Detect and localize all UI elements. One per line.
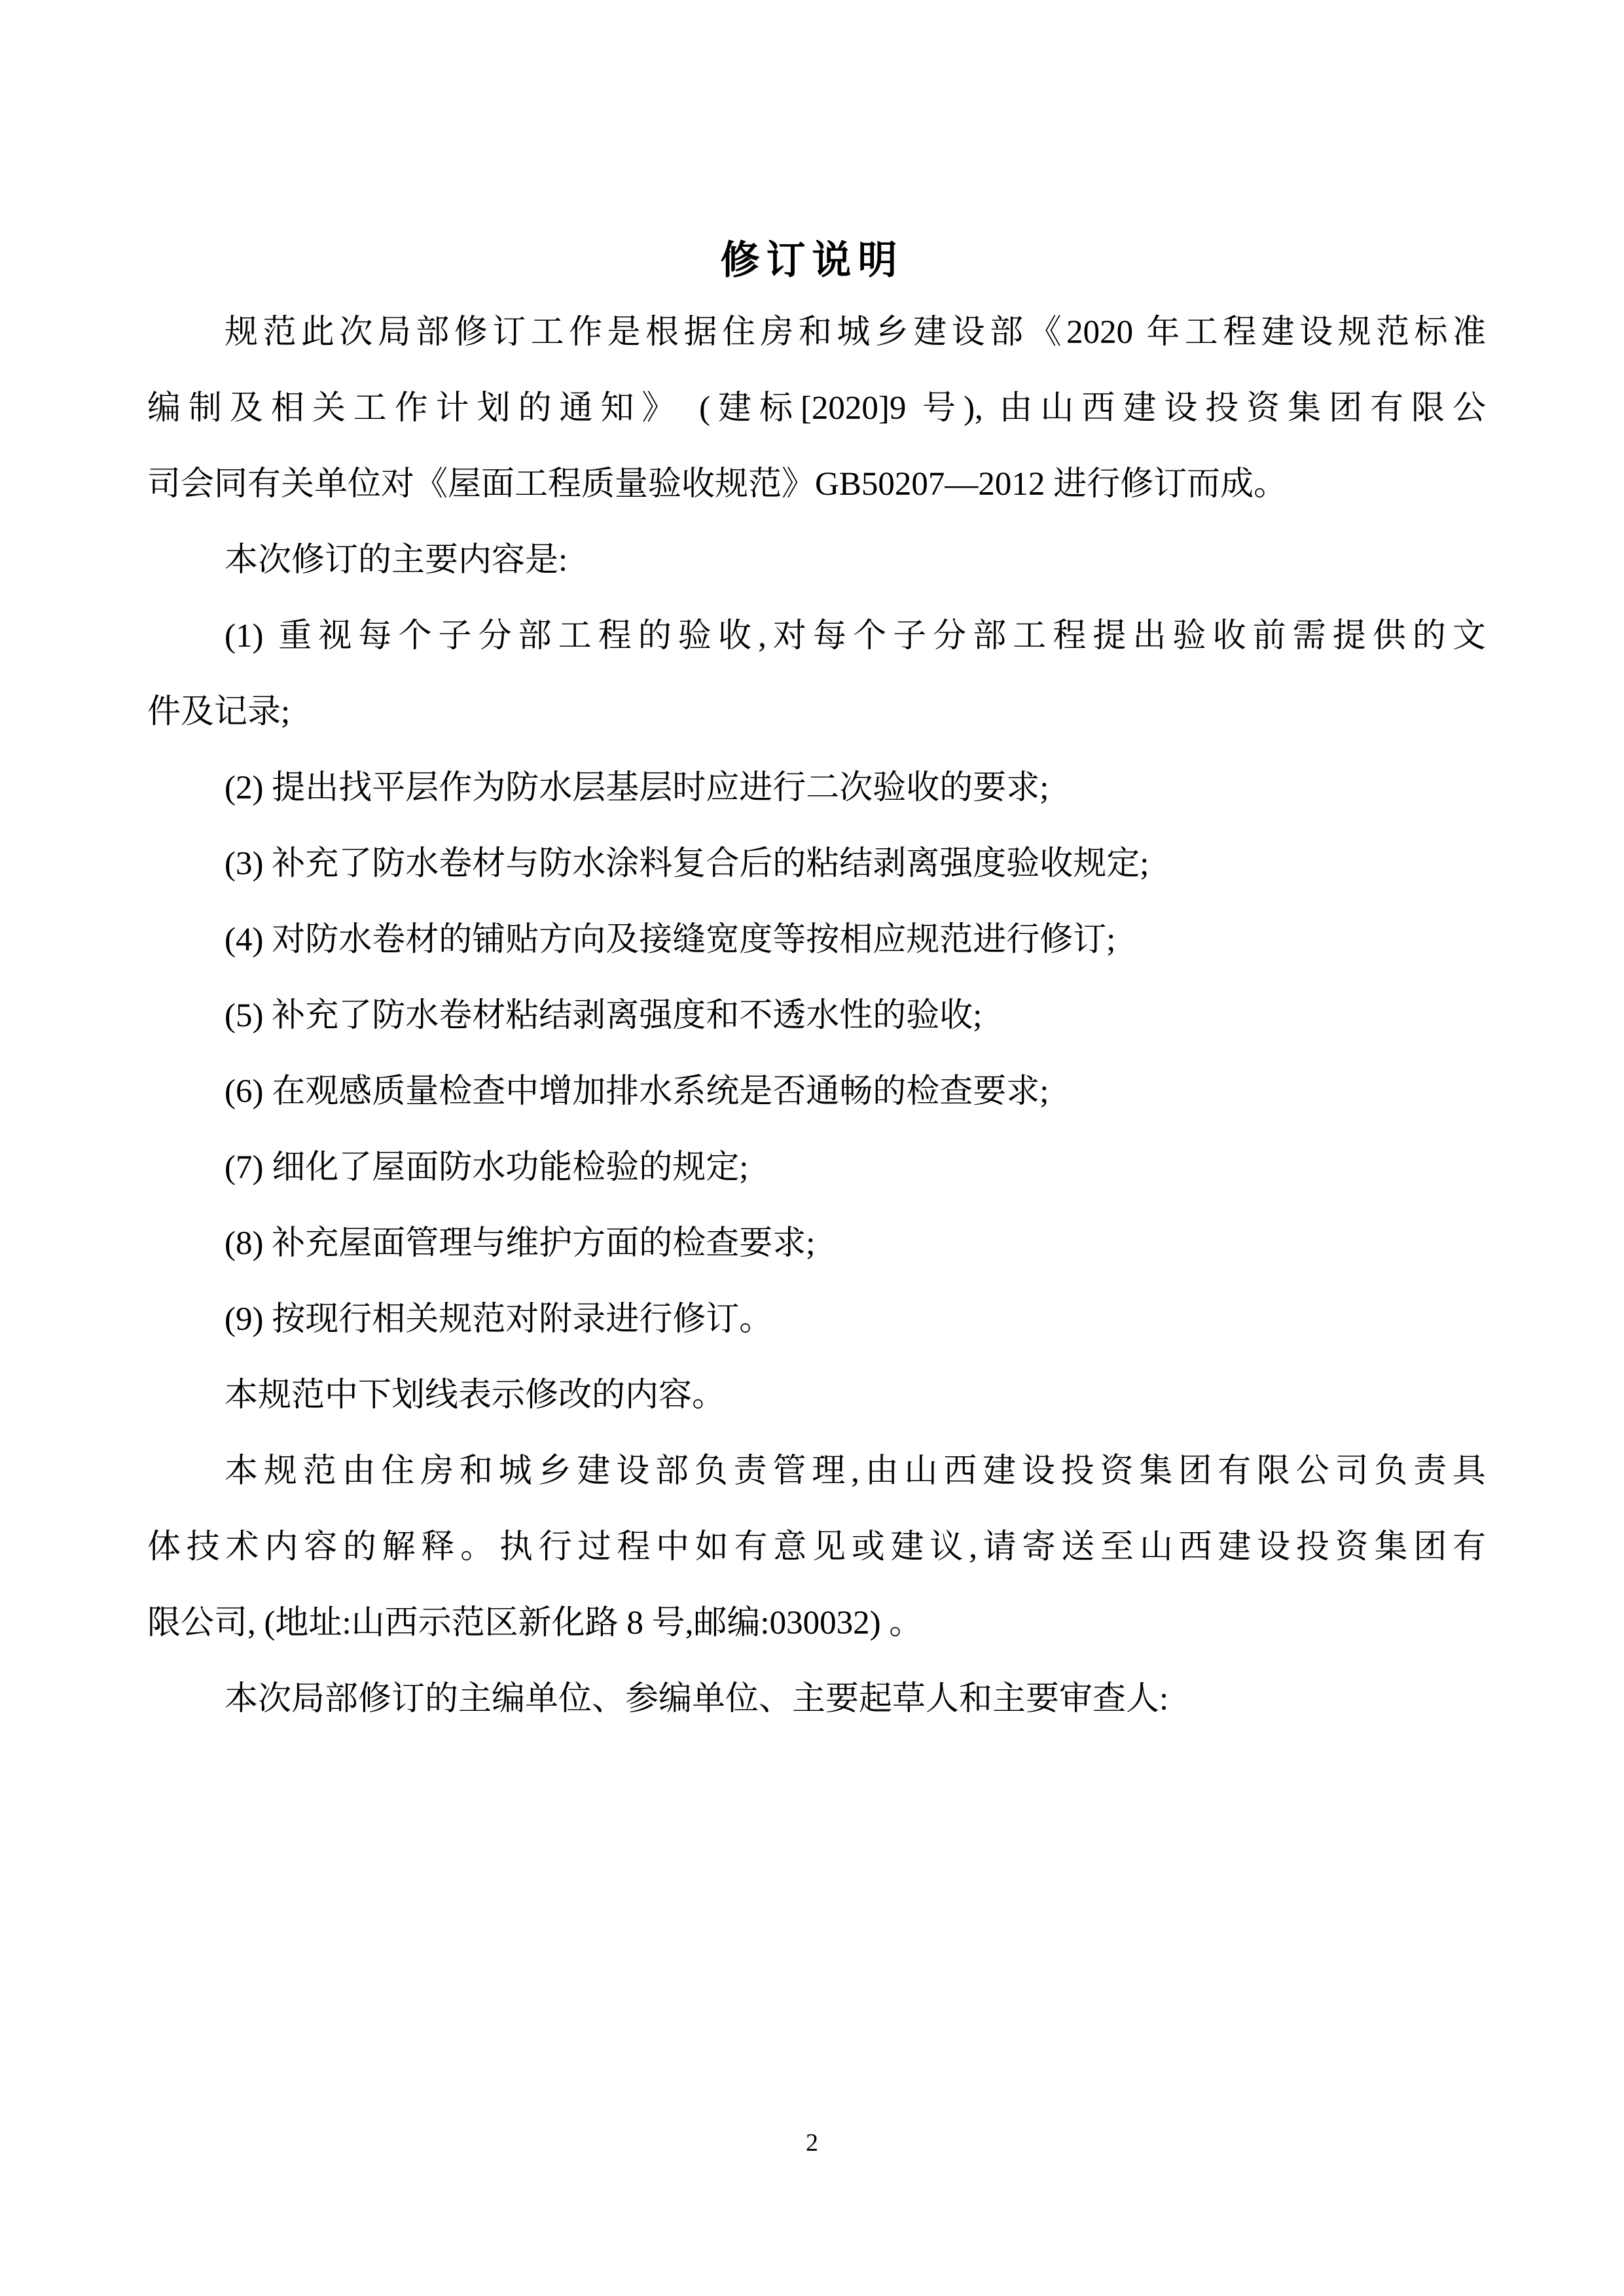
document-body: 规范此次局部修订工作是根据住房和城乡建设部《2020 年工程建设规范标准编制及相… [147,295,1486,1737]
body-line: 本规范中下划线表示修改的内容。 [147,1357,1486,1433]
body-line: (4) 对防水卷材的铺贴方向及接缝宽度等按相应规范进行修订; [147,902,1486,978]
body-line: 本规范由住房和城乡建设部负责管理,由山西建设投资集团有限公司负责具 [147,1433,1486,1509]
body-line: 本次修订的主要内容是: [147,522,1486,598]
body-line: 限公司, (地址:山西示范区新化路 8 号,邮编:030032) 。 [147,1585,1486,1661]
body-line: 本次局部修订的主编单位、参编单位、主要起草人和主要审查人: [147,1661,1486,1737]
body-line: 编制及相关工作计划的通知》 (建标[2020]9 号), 由山西建设投资集团有限… [147,370,1486,446]
page-title: 修订说明 [0,237,1624,284]
body-line: (2) 提出找平层作为防水层基层时应进行二次验收的要求; [147,750,1486,826]
body-line: (1) 重视每个子分部工程的验收,对每个子分部工程提出验收前需提供的文 [147,598,1486,674]
body-line: (9) 按现行相关规范对附录进行修订。 [147,1282,1486,1357]
body-line: (3) 补充了防水卷材与防水涂料复合后的粘结剥离强度验收规定; [147,826,1486,902]
body-line: (5) 补充了防水卷材粘结剥离强度和不透水性的验收; [147,978,1486,1054]
body-line: (7) 细化了屋面防水功能检验的规定; [147,1130,1486,1206]
body-line: 规范此次局部修订工作是根据住房和城乡建设部《2020 年工程建设规范标准 [147,295,1486,370]
document-page: 修订说明 规范此次局部修订工作是根据住房和城乡建设部《2020 年工程建设规范标… [0,0,1624,2296]
body-line: 件及记录; [147,674,1486,750]
body-line: (6) 在观感质量检查中增加排水系统是否通畅的检查要求; [147,1054,1486,1130]
body-line: (8) 补充屋面管理与维护方面的检查要求; [147,1206,1486,1282]
body-line: 体技术内容的解释。执行过程中如有意见或建议,请寄送至山西建设投资集团有 [147,1509,1486,1585]
page-number: 2 [0,2128,1624,2157]
body-line: 司会同有关单位对《屋面工程质量验收规范》GB50207—2012 进行修订而成。 [147,446,1486,522]
